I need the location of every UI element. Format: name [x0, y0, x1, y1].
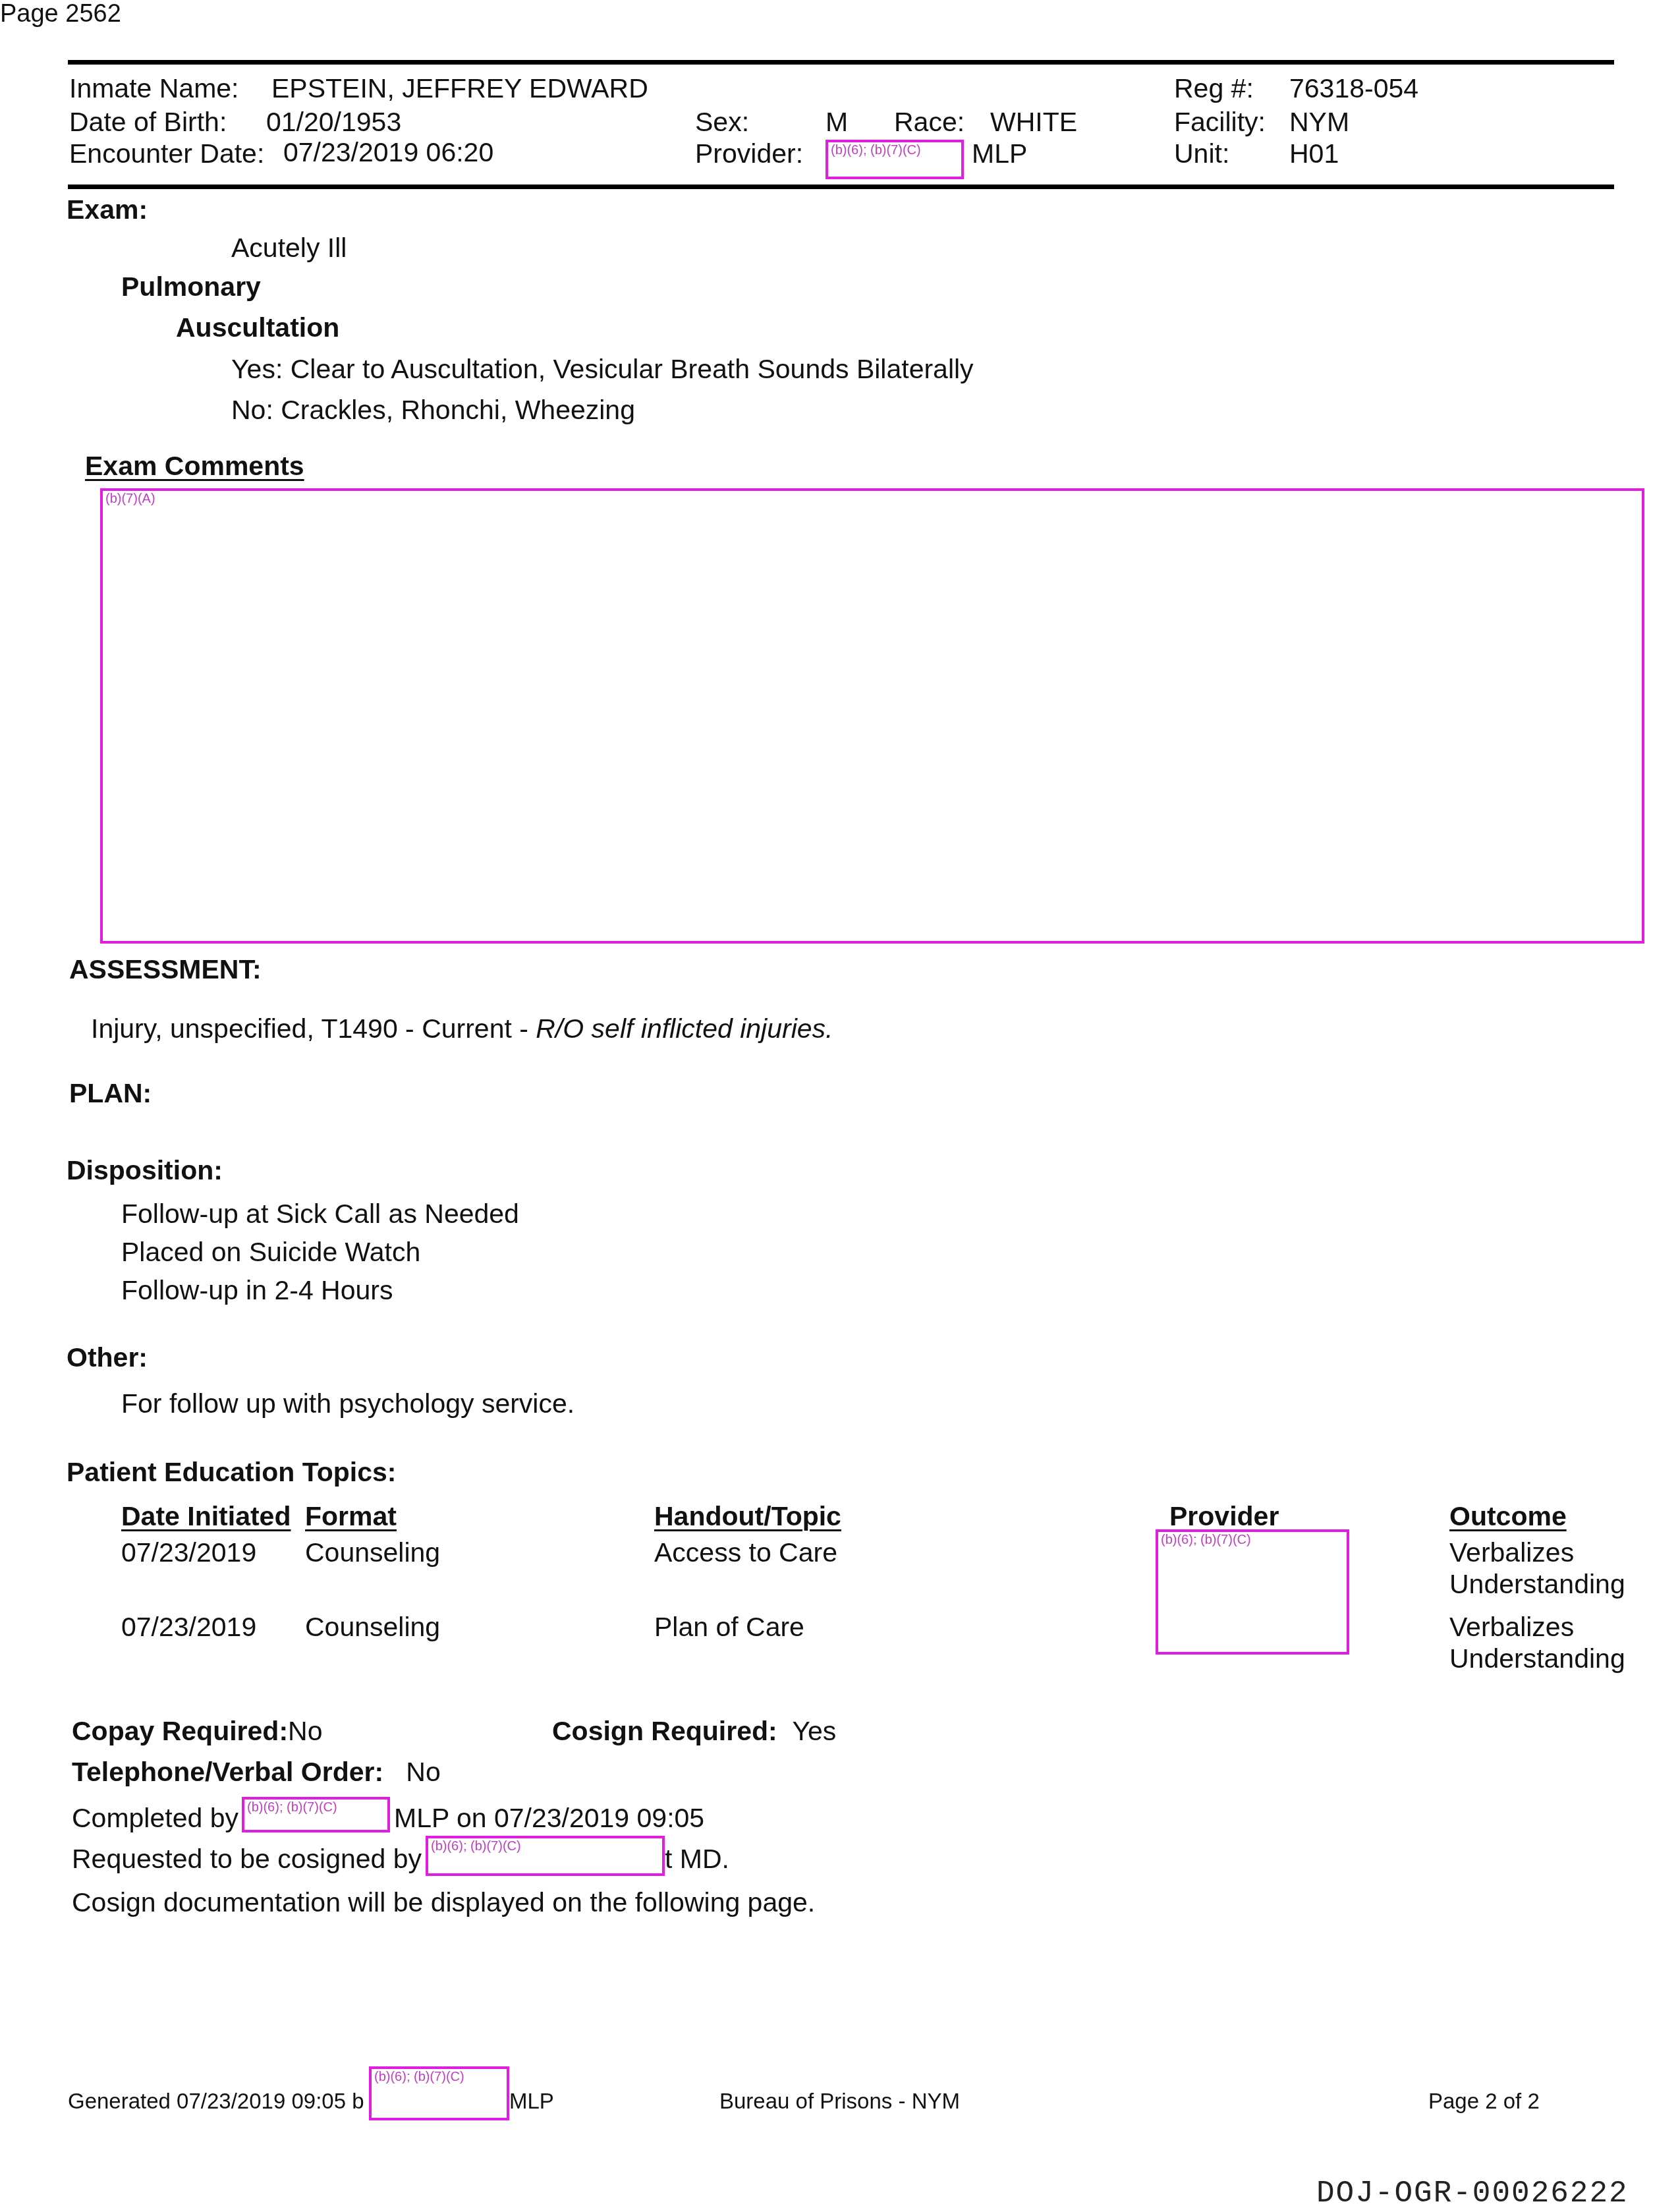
- tvo-value: No: [406, 1757, 440, 1787]
- row-outcome: Verbalizes: [1449, 1539, 1574, 1566]
- unit-label: Unit:: [1174, 140, 1229, 167]
- copay-required: Copay Required:No: [72, 1718, 322, 1745]
- generated-suffix: MLP: [509, 2090, 554, 2112]
- exam-title: Exam:: [67, 196, 148, 223]
- assessment-text: Injury, unspecified, T1490 - Current - R…: [91, 1015, 833, 1042]
- col-header-topic: Handout/Topic: [654, 1503, 841, 1530]
- exam-comments-title: Exam Comments: [85, 453, 304, 480]
- education-title: Patient Education Topics:: [67, 1459, 396, 1486]
- sex-label: Sex:: [695, 109, 749, 136]
- redaction-code: (b)(6); (b)(7)(C): [831, 144, 921, 157]
- plan-title: PLAN:: [69, 1080, 152, 1107]
- col-header-format: Format: [305, 1503, 397, 1530]
- row-format: Counseling: [305, 1539, 440, 1566]
- requested-cosign-suffix: t MD.: [665, 1846, 729, 1873]
- exam-no-findings: No: Crackles, Rhonchi, Wheezing: [231, 397, 635, 424]
- col-header-date: Date Initiated: [121, 1503, 291, 1530]
- row-outcome-cont: Understanding: [1449, 1645, 1625, 1672]
- cosign-note: Cosign documentation will be displayed o…: [72, 1889, 815, 1916]
- exam-comments-redaction-box: (b)(7)(A): [100, 488, 1644, 944]
- requested-cosign-redaction-box: (b)(6); (b)(7)(C): [426, 1836, 665, 1876]
- bates-number: DOJ-OGR-00026222: [1316, 2176, 1629, 2211]
- inmate-name: EPSTEIN, JEFFREY EDWARD: [271, 75, 648, 102]
- facility-value: NYM: [1289, 109, 1349, 136]
- row-date: 07/23/2019: [121, 1614, 256, 1641]
- generated-prefix: Generated 07/23/2019 09:05 b: [68, 2090, 364, 2112]
- footer-page-number: Page 2 of 2: [1428, 2090, 1540, 2112]
- disposition-item: Placed on Suicide Watch: [121, 1239, 420, 1266]
- disposition-item: Follow-up at Sick Call as Needed: [121, 1201, 519, 1228]
- col-header-outcome: Outcome: [1449, 1503, 1567, 1530]
- assessment-diagnosis: Injury, unspecified, T1490 - Current -: [91, 1013, 536, 1044]
- race-value: WHITE: [990, 109, 1077, 136]
- facility-label: Facility:: [1174, 109, 1266, 136]
- completed-by-suffix: MLP on 07/23/2019 09:05: [394, 1805, 704, 1832]
- dob-value: 01/20/1953: [266, 109, 401, 136]
- provider-suffix: MLP: [972, 140, 1027, 167]
- page-label: Page 2562: [0, 1, 121, 26]
- encounter-date-label: Encounter Date:: [69, 140, 264, 167]
- cosign-required: Cosign Required: Yes: [552, 1718, 836, 1745]
- other-text: For follow up with psychology service.: [121, 1390, 574, 1417]
- tvo-label: Telephone/Verbal Order:: [72, 1757, 383, 1787]
- redaction-code: (b)(6); (b)(7)(C): [431, 1840, 521, 1853]
- footer-org: Bureau of Prisons - NYM: [719, 2090, 960, 2112]
- row-topic: Access to Care: [654, 1539, 837, 1566]
- redaction-code: (b)(7)(A): [105, 492, 155, 505]
- cosign-value: Yes: [792, 1716, 836, 1746]
- exam-subsystem: Auscultation: [176, 314, 339, 341]
- completed-by-prefix: Completed by: [72, 1805, 238, 1832]
- sex-value: M: [826, 109, 848, 136]
- cosign-label: Cosign Required:: [552, 1716, 777, 1746]
- exam-general: Acutely Ill: [231, 235, 347, 262]
- education-provider-redaction-box: (b)(6); (b)(7)(C): [1156, 1529, 1349, 1655]
- reg-label: Reg #:: [1174, 75, 1254, 102]
- redaction-code: (b)(6); (b)(7)(C): [374, 2070, 464, 2084]
- unit-value: H01: [1289, 140, 1339, 167]
- inmate-name-label: Inmate Name:: [69, 75, 239, 102]
- disposition-item: Follow-up in 2-4 Hours: [121, 1277, 393, 1304]
- row-date: 07/23/2019: [121, 1539, 256, 1566]
- row-topic: Plan of Care: [654, 1614, 804, 1641]
- requested-cosign-prefix: Requested to be cosigned by: [72, 1846, 422, 1873]
- encounter-date-value: 07/23/2019 06:20: [283, 139, 493, 166]
- redaction-code: (b)(6); (b)(7)(C): [247, 1801, 337, 1814]
- dob-label: Date of Birth:: [69, 109, 227, 136]
- provider-redaction-box: (b)(6); (b)(7)(C): [826, 140, 964, 179]
- assessment-note: R/O self inflicted injuries.: [536, 1013, 833, 1044]
- row-outcome-cont: Understanding: [1449, 1571, 1625, 1598]
- row-format: Counseling: [305, 1614, 440, 1641]
- completed-by-redaction-box: (b)(6); (b)(7)(C): [242, 1797, 390, 1832]
- provider-label: Provider:: [695, 140, 803, 167]
- telephone-verbal-order: Telephone/Verbal Order: No: [72, 1759, 441, 1786]
- generated-by-redaction-box: (b)(6); (b)(7)(C): [369, 2066, 509, 2120]
- other-title: Other:: [67, 1344, 148, 1371]
- exam-yes-findings: Yes: Clear to Auscultation, Vesicular Br…: [231, 356, 974, 383]
- assessment-title: ASSESSMENT:: [69, 956, 262, 983]
- copay-value: No: [288, 1716, 322, 1746]
- header-bottom-rule: [68, 184, 1614, 189]
- redaction-code: (b)(6); (b)(7)(C): [1161, 1533, 1251, 1546]
- reg-value: 76318-054: [1289, 75, 1418, 102]
- disposition-title: Disposition:: [67, 1157, 223, 1184]
- header-top-rule: [68, 60, 1614, 65]
- copay-label: Copay Required:: [72, 1716, 288, 1746]
- row-outcome: Verbalizes: [1449, 1614, 1574, 1641]
- exam-system: Pulmonary: [121, 273, 261, 300]
- race-label: Race:: [894, 109, 965, 136]
- col-header-provider: Provider: [1169, 1503, 1279, 1530]
